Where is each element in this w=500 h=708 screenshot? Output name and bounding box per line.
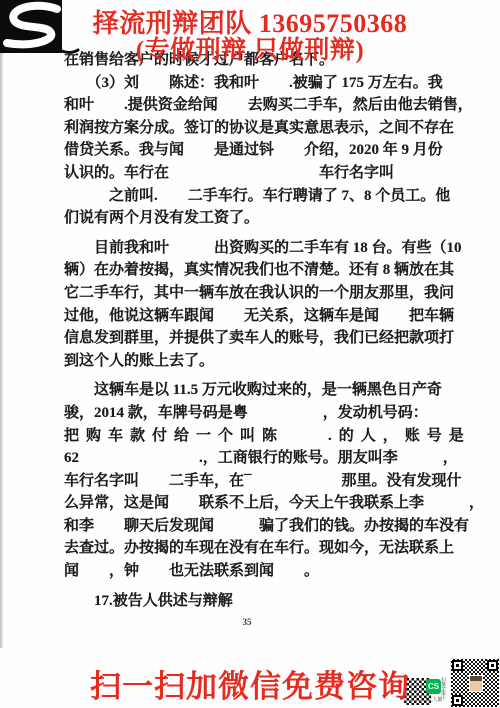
- doc-section-heading: 17.被告人供述与辩解: [64, 590, 464, 613]
- doc-line: 和李 聊天后发现闻 骗了我们的钱。办按揭的车没有: [64, 515, 464, 538]
- doc-line: 它二手车行，其中一辆车放在我认识的一个朋友那里，我问: [64, 282, 464, 305]
- doc-line: 骏，2014 款，车牌号码是粤 ，发动机号码：: [64, 402, 464, 425]
- doc-line: 认识的。车行在 车行名字叫: [64, 162, 464, 185]
- doc-line: 辆）在办着按揭，真实情况我们也不清楚。还有 8 辆放在其: [64, 259, 464, 282]
- page-number: 35: [0, 617, 494, 627]
- doc-line: 去查过。办按揭的车现在没有在车行。现如今，无法联系上: [64, 537, 464, 560]
- doc-line: 把购车款付给一个叫陈 .的人，账号是: [64, 425, 464, 448]
- doc-line: 之前叫. 二手车行。车行聘请了 7、8 个员工。他: [64, 185, 464, 208]
- doc-line: 目前我和叶 出资购买的二手车有 18 台。有些（10: [64, 237, 464, 260]
- doc-line: 62 .，工商银行的账号。朋友叫李 ，: [64, 447, 464, 470]
- doc-line: 借贷关系。我与闻 是通过钭 介绍，2020 年 9 月份: [64, 139, 464, 162]
- doc-line: 利润按方案分成。签订的协议是真实意思表示，之间不存在: [64, 117, 464, 140]
- doc-line: 过他，他说这辆车跟闻 无关系，这辆车是闻 把车辆: [64, 305, 464, 328]
- doc-line: 信息发到群里，并提供了卖车人的账号，我们已经把款项打: [64, 327, 464, 350]
- doc-line: 们说有两个月没有发工资了。: [64, 207, 464, 230]
- doc-line: 车行名字叫 二手车，在¯ 那里。没有发现什: [64, 470, 464, 493]
- document-body: 在销售给客户的时候才过户都客户名下。 （3）刘 陈述：我和叶 .被骗了 175 …: [64, 49, 464, 612]
- header-subtitle: (专做刑辩 只做刑辩): [0, 30, 500, 66]
- doc-line: 么异常，这是闻 联系不上后，今天上午我联系上李 ，: [64, 492, 464, 515]
- doc-line: 闻 ，钟 也无法联系到闻 。: [64, 560, 464, 583]
- doc-line: 和叶 .提供资金给闻 去购买二手车，然后由他去销售，: [64, 94, 464, 117]
- footer-cta-text: 扫一扫加微信免费咨询: [0, 661, 500, 706]
- scanned-document-page: { "header": { "team_line": "择流刑辩团队 13695…: [0, 0, 500, 708]
- doc-line: 这辆车是以 11.5 万元收购过来的，是一辆黑色日产奇: [64, 379, 464, 402]
- doc-line: 到这个人的账上去了。: [64, 350, 464, 373]
- scan-edge-shadow: [0, 0, 4, 648]
- doc-line: （3）刘 陈述：我和叶 .被骗了 175 万左右。我: [64, 72, 464, 95]
